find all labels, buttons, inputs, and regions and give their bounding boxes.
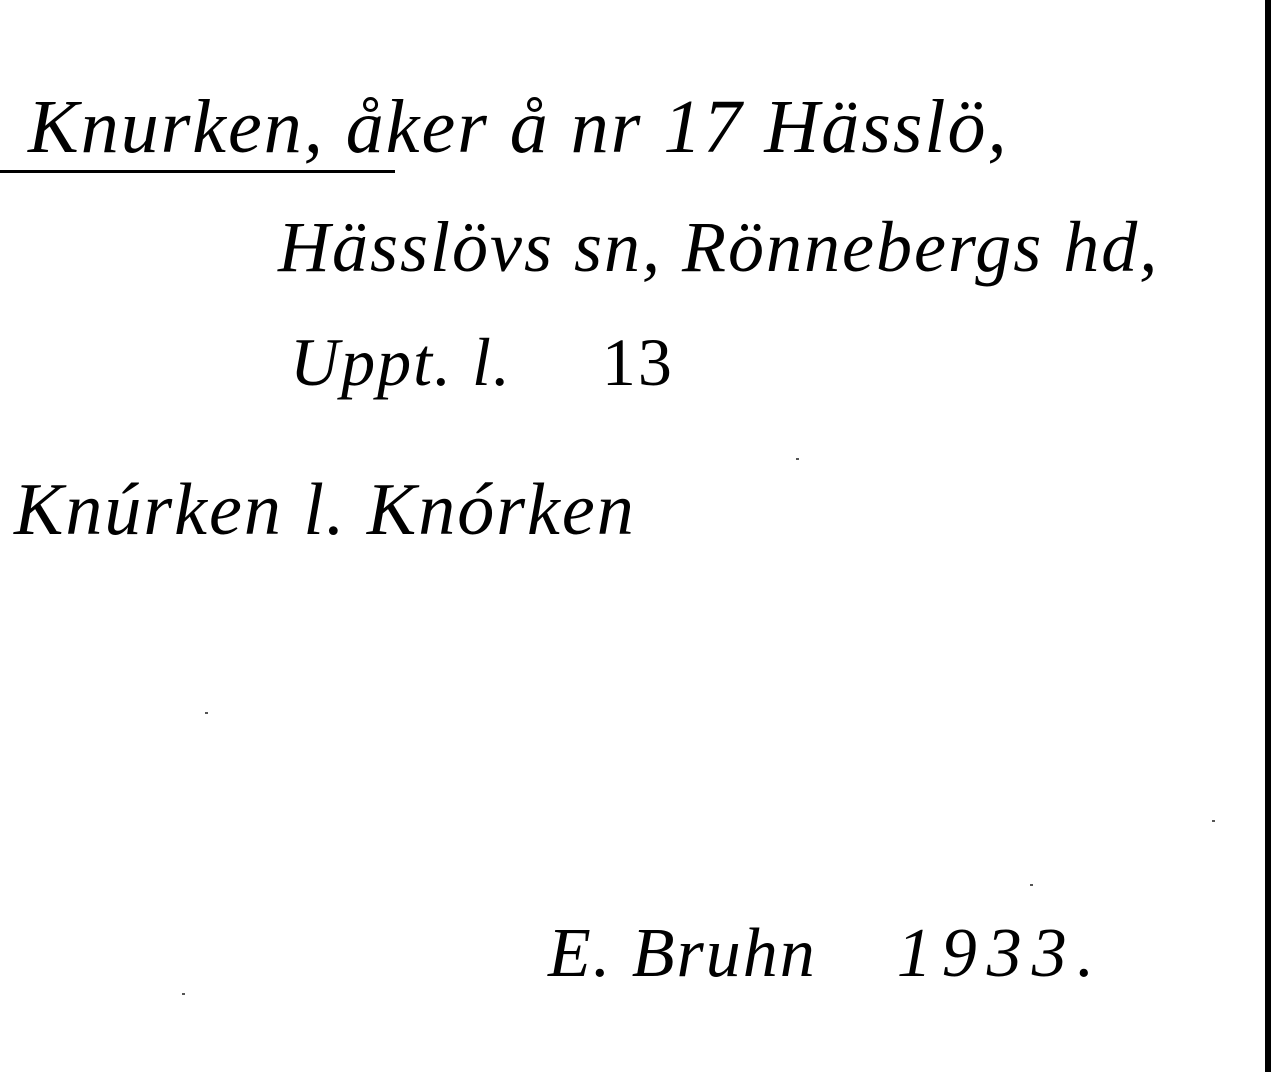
headword: Knurken — [28, 82, 304, 172]
pronunciation-variants: Knúrken l. Knórken — [14, 466, 636, 554]
scan-speck — [796, 458, 799, 460]
reference-label: Uppt. l. — [290, 324, 512, 400]
entry-line-3: Uppt. l.13 — [290, 322, 674, 402]
signature-line: E. Bruhn1933. — [548, 912, 1104, 996]
headword-text: Knurken — [28, 85, 304, 169]
card-edge-border — [1265, 0, 1271, 1072]
entry-line-2: Hässlövs sn, Rönnebergs hd, — [278, 204, 1159, 290]
entry-line-1: Knurken , åker å nr 17 Hässlö, — [28, 82, 1009, 172]
scan-speck — [205, 712, 208, 714]
location-text: , åker å nr 17 Hässlö, — [304, 85, 1009, 169]
reference-number: 13 — [602, 324, 674, 400]
scan-speck — [1030, 884, 1033, 886]
index-card: Knurken , åker å nr 17 Hässlö, Hässlövs … — [0, 0, 1275, 1072]
scan-speck — [1212, 820, 1215, 822]
signature-year: 1933. — [897, 915, 1105, 992]
headword-underline — [0, 170, 395, 173]
scan-speck — [182, 993, 185, 995]
signature-name: E. Bruhn — [548, 915, 817, 992]
